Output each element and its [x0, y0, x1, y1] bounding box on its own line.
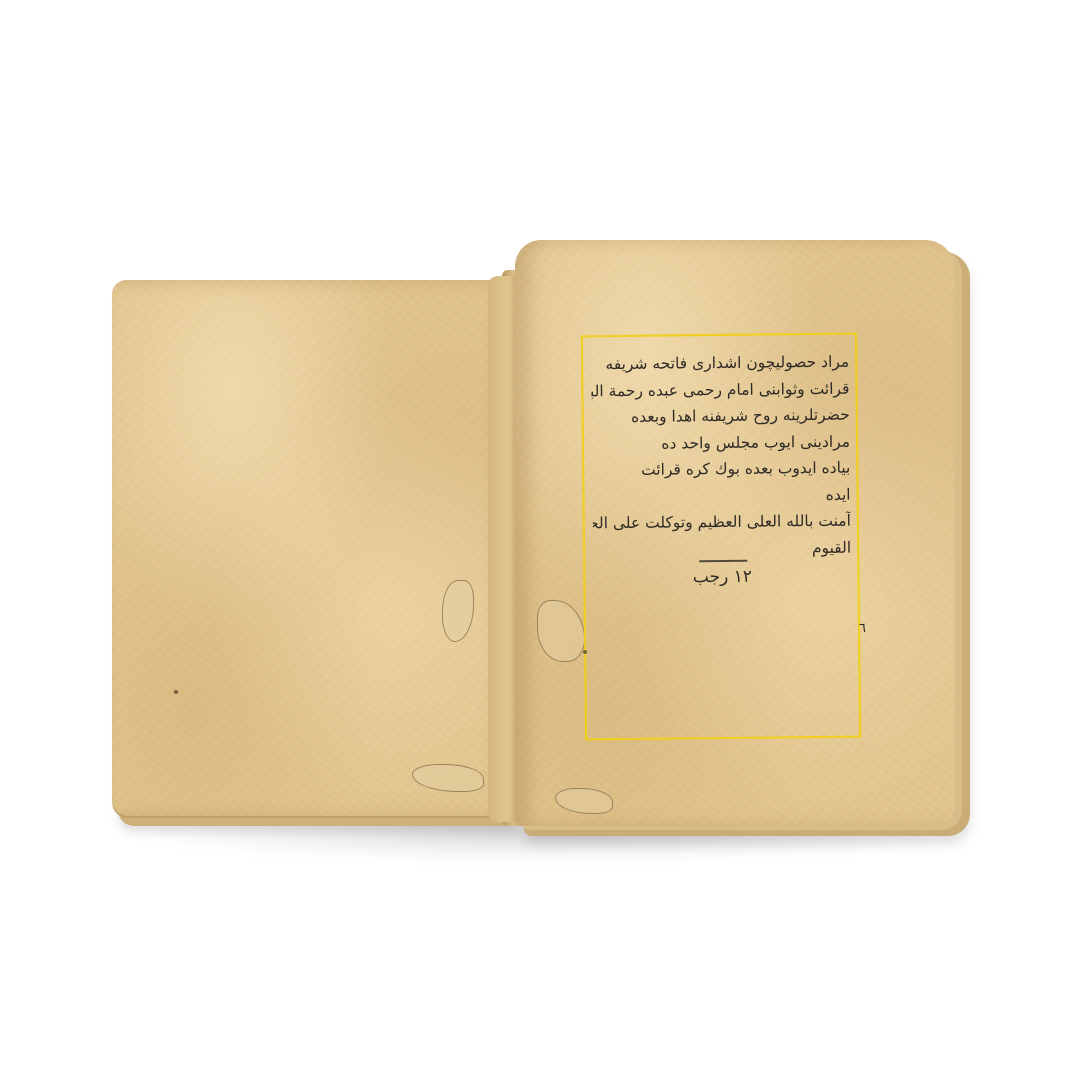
date-line: ١٢ رجب — [593, 563, 851, 592]
manuscript-photo: مراد حصولیچون اشداری فاتحه شریفه قرائت و… — [0, 0, 1080, 1080]
ink-spot — [583, 650, 587, 654]
paper-tear — [412, 764, 484, 792]
text-line: حضرتلرینه روح شریفنه اهدا وبعده — [592, 402, 850, 431]
gold-ruled-frame: مراد حصولیچون اشداری فاتحه شریفه قرائت و… — [581, 333, 861, 741]
text-line: قرائت وثوابنی امام رحمی عبده رحمة الباری — [591, 375, 849, 404]
paper-tear — [442, 580, 474, 642]
paper-tear — [537, 600, 585, 662]
left-page — [112, 280, 514, 818]
manuscript-text: مراد حصولیچون اشداری فاتحه شریفه قرائت و… — [591, 349, 852, 592]
text-line: مرادینی ایوب مجلس واحد ده — [592, 428, 850, 457]
text-line: القیوم — [593, 534, 851, 563]
paper-tear — [555, 788, 613, 814]
text-line: مراد حصولیچون اشداری فاتحه شریفه — [591, 349, 849, 378]
page-number: ٦ — [859, 621, 866, 636]
right-page: مراد حصولیچون اشداری فاتحه شریفه قرائت و… — [515, 240, 955, 826]
ink-spot — [174, 690, 178, 694]
text-line: ایده — [592, 481, 850, 510]
text-line: آمنت بالله العلی العظیم وتوکلت علی الحی — [593, 508, 851, 537]
text-line: بیاده ایدوب بعده بوك کره قرائت — [592, 455, 850, 484]
